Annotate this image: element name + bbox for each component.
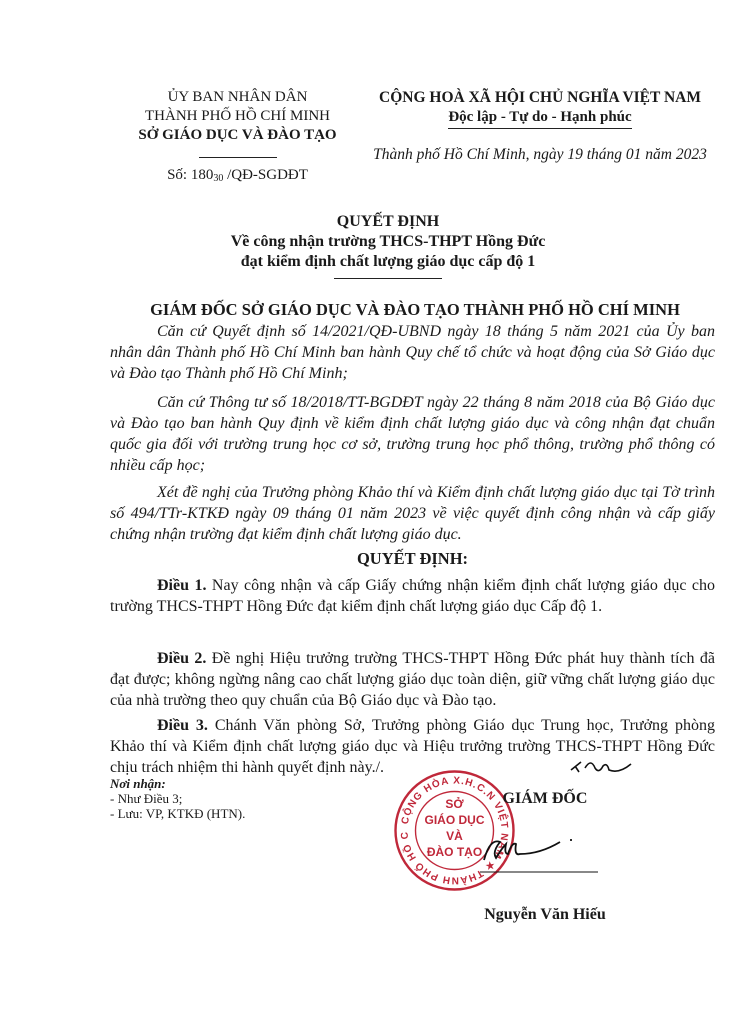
signer-title: GIÁM ĐỐC [380, 790, 640, 808]
article-2: Điều 2. Đề nghị Hiệu trưởng trường THCS-… [110, 648, 715, 711]
issuing-agency-block: ỦY BAN NHÂN DÂN THÀNH PHỐ HỒ CHÍ MINH SỞ… [105, 88, 370, 188]
article-1: Điều 1. Nay công nhận và cấp Giấy chứng … [110, 575, 715, 617]
initials-mark-icon [567, 756, 637, 778]
subject-line-1: Về công nhận trường THCS-THPT Hồng Đức [150, 232, 626, 252]
nation-name: CỘNG HOÀ XÃ HỘI CHỦ NGHĨA VIỆT NAM [355, 88, 725, 107]
number-suffix: /QĐ-SGDĐT [223, 167, 308, 183]
handwritten-signature-icon [480, 830, 600, 880]
national-header-block: CỘNG HOÀ XÃ HỘI CHỦ NGHĨA VIỆT NAM Độc l… [355, 88, 725, 164]
preamble-text: Căn cứ Quyết định số 14/2021/QĐ-UBND ngà… [110, 321, 715, 384]
recipient-item: - Lưu: VP, KTKĐ (HTN). [110, 806, 360, 821]
preamble-text: Xét đề nghị của Trưởng phòng Khảo thí và… [110, 482, 715, 545]
preamble-paragraph: Xét đề nghị của Trưởng phòng Khảo thí và… [110, 482, 715, 545]
place-date: Thành phố Hồ Chí Minh, ngày 19 tháng 01 … [355, 145, 725, 164]
preamble-paragraph: Căn cứ Quyết định số 14/2021/QĐ-UBND ngà… [110, 321, 715, 384]
national-motto: Độc lập - Tự do - Hạnh phúc [448, 108, 631, 129]
issuing-authority: GIÁM ĐỐC SỞ GIÁO DỤC VÀ ĐÀO TẠO THÀNH PH… [110, 300, 720, 320]
agency-line-2: THÀNH PHỐ HỒ CHÍ MINH [105, 107, 370, 126]
recipient-item: - Như Điều 3; [110, 791, 360, 806]
divider [334, 278, 442, 279]
agency-line-3: SỞ GIÁO DỤC VÀ ĐÀO TẠO [105, 126, 370, 145]
article-label: Điều 1. [157, 577, 206, 594]
article-label: Điều 3. [157, 717, 208, 734]
preamble-paragraph: Căn cứ Thông tư số 18/2018/TT-BGDĐT ngày… [110, 392, 715, 476]
subject-line-2: đạt kiểm định chất lượng giáo dục cấp độ… [150, 252, 626, 272]
divider [199, 157, 277, 158]
signer-name: Nguyễn Văn Hiếu [380, 906, 640, 924]
decision-heading: QUYẾT ĐỊNH: [110, 549, 715, 569]
article-label: Điều 2. [157, 650, 206, 667]
recipients-heading: Nơi nhận: [110, 776, 360, 791]
number-sub: 30 [213, 173, 223, 184]
document-type: QUYẾT ĐỊNH [150, 212, 626, 232]
document-number: Số: 18030 /QĐ-SGDĐT [105, 166, 370, 188]
recipients-block: Nơi nhận: - Như Điều 3; - Lưu: VP, KTKĐ … [110, 776, 360, 821]
document-title-block: QUYẾT ĐỊNH Về công nhận trường THCS-THPT… [150, 212, 626, 279]
agency-line-1: ỦY BAN NHÂN DÂN [105, 88, 370, 107]
number-prefix: Số: 180 [167, 167, 213, 183]
preamble-text: Căn cứ Thông tư số 18/2018/TT-BGDĐT ngày… [110, 392, 715, 476]
